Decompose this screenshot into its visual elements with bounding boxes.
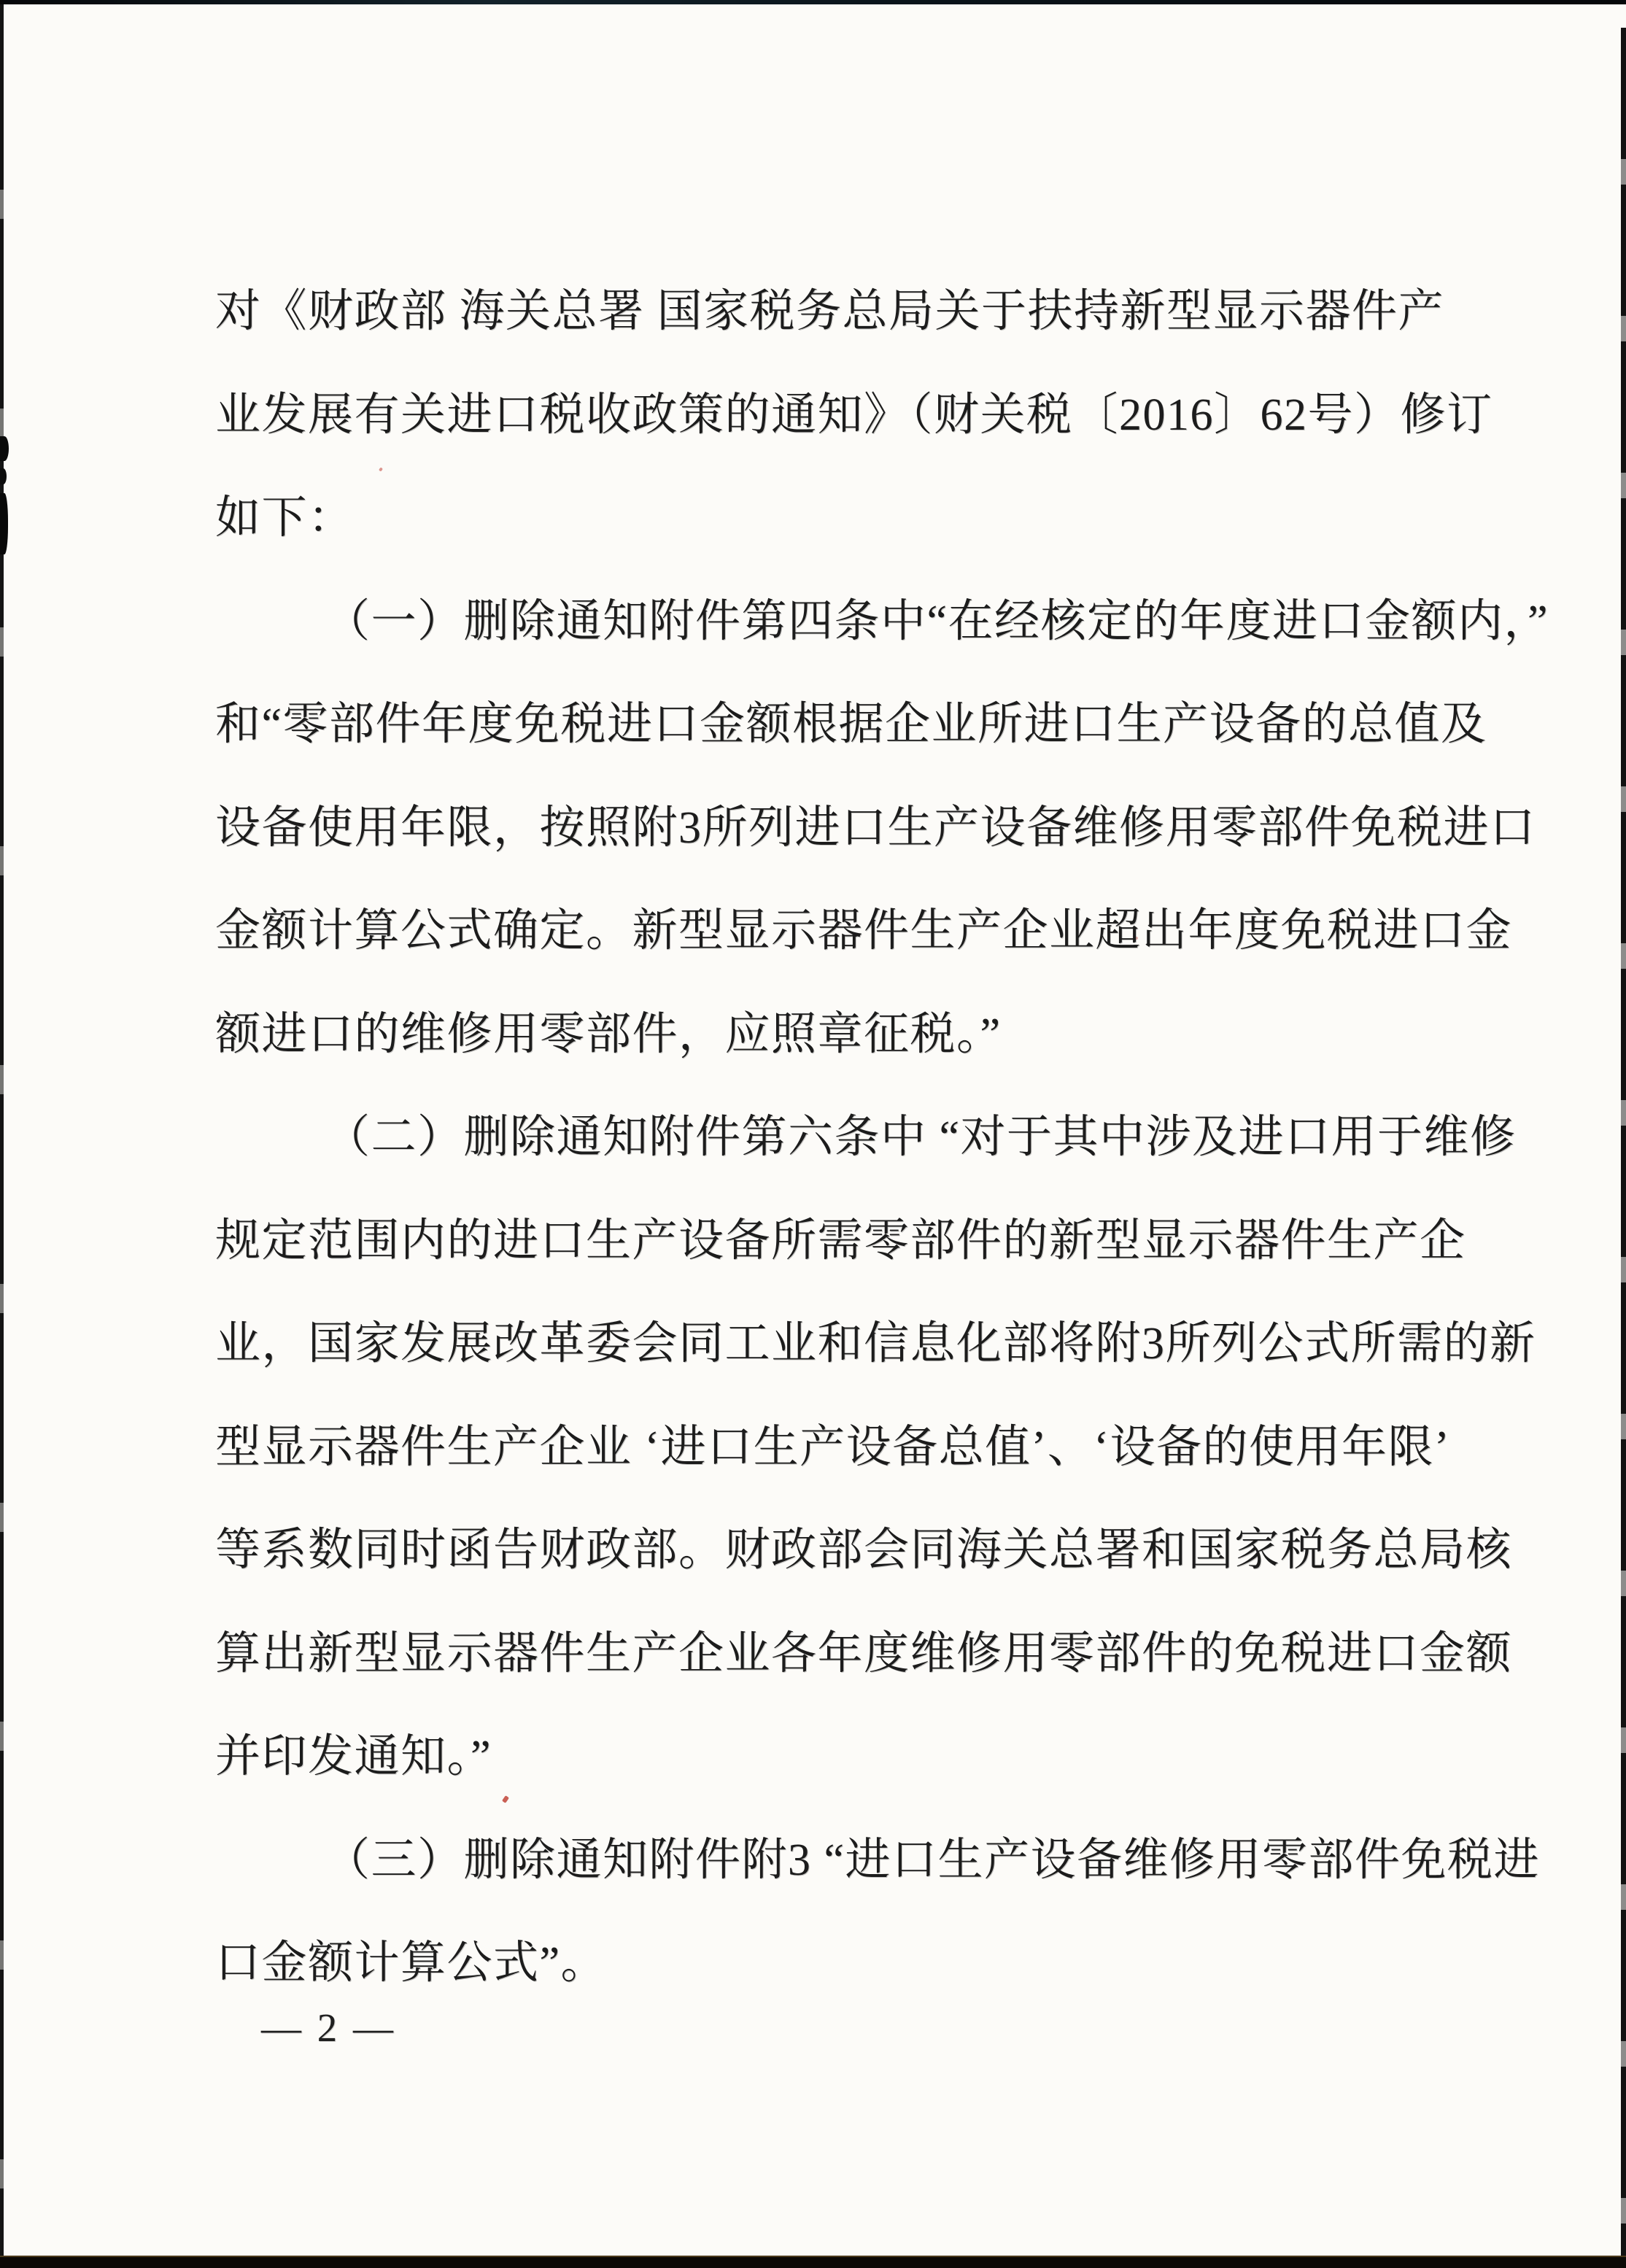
text-line: 型显示器件生产企业 ‘进口生产设备总值’、‘设备的使用年限’ — [215, 1396, 1455, 1500]
text-line: 算出新型显示器件生产企业各年度维修用零部件的免税进口金额 — [215, 1603, 1455, 1706]
scan-blotch — [0, 493, 8, 554]
text-line: 金额计算公式确定。新型显示器件生产企业超出年度免税进口金 — [215, 880, 1455, 983]
document-page: 对《财政部 海关总署 国家税务总局关于扶持新型显示器件产业发展有关进口税收政策的… — [0, 0, 1626, 2268]
scan-blotch — [0, 436, 9, 461]
text-line: 设备使用年限，按照附3所列进口生产设备维修用零部件免税进口 — [215, 777, 1455, 881]
scan-edge-right — [1621, 28, 1626, 2268]
text-line: 额进口的维修用零部件，应照章征税。” — [215, 983, 1455, 1087]
scan-edge-top — [0, 0, 1626, 4]
text-line: 和“零部件年度免税进口金额根据企业所进口生产设备的总值及 — [215, 673, 1455, 777]
text-line: 如下： — [215, 467, 1455, 570]
text-line: 并印发通知。” — [215, 1706, 1455, 1809]
text-line: 等系数同时函告财政部。财政部会同海关总署和国家税务总局核 — [215, 1499, 1455, 1603]
text-line: 对《财政部 海关总署 国家税务总局关于扶持新型显示器件产 — [215, 260, 1455, 364]
scan-edge-left — [0, 0, 4, 2268]
text-line: （二）删除通知附件第六条中 “对于其中涉及进口用于维修 — [215, 1086, 1455, 1190]
text-line: （三）删除通知附件附3 “进口生产设备维修用零部件免税进 — [215, 1809, 1455, 1913]
scan-blotch — [0, 468, 7, 484]
text-line: 口金额计算公式”。 — [215, 1912, 1455, 2016]
document-text: 对《财政部 海关总署 国家税务总局关于扶持新型显示器件产业发展有关进口税收政策的… — [215, 260, 1455, 2016]
page-number: — 2 — — [261, 2005, 396, 2051]
text-line: 业，国家发展改革委会同工业和信息化部将附3所列公式所需的新 — [215, 1293, 1455, 1396]
text-line: 规定范围内的进口生产设备所需零部件的新型显示器件生产企 — [215, 1190, 1455, 1293]
text-line: 业发展有关进口税收政策的通知》（财关税〔2016〕62号）修订 — [215, 364, 1455, 468]
text-line: （一）删除通知附件第四条中“在经核定的年度进口金额内，” — [215, 570, 1455, 674]
scan-edge-bottom — [0, 2256, 1626, 2268]
